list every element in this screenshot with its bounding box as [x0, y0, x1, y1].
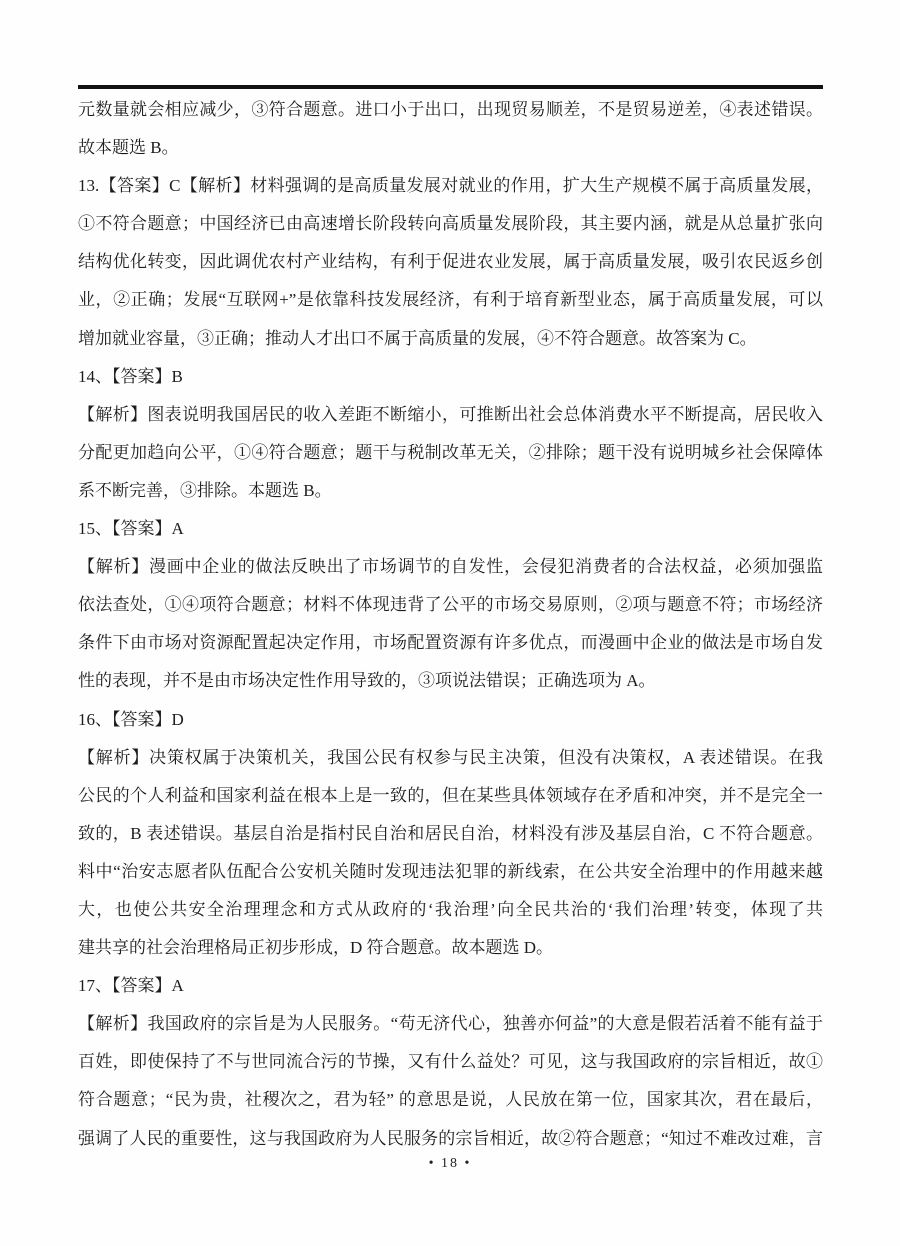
text-line: 依法查处，①④项符合题意；材料不体现违背了公平的市场交易原则，②项与题意不符；市…: [78, 586, 823, 624]
text-line: 17、【答案】A: [78, 967, 823, 1005]
text-line: 分配更加趋向公平，①④符合题意；题干与税制改革无关，②排除；题干没有说明城乡社会…: [78, 434, 823, 472]
document-page: 元数量就会相应减少，③符合题意。进口小于出口，出现贸易顺差，不是贸易逆差，④表述…: [0, 0, 900, 1246]
text-line: 故本题选 B。: [78, 129, 823, 167]
text-line: 料中“治安志愿者队伍配合公安机关随时发现违法犯罪的新线索，在公共安全治理中的作用…: [78, 853, 823, 891]
text-line: 【解析】我国政府的宗旨是为人民服务。“苟无济代心，独善亦何益”的大意是假若活着不…: [78, 1005, 823, 1043]
text-line: 增加就业容量，③正确；推动人才出口不属于高质量的发展，④不符合题意。故答案为 C…: [78, 320, 823, 358]
header-rule: [78, 85, 823, 89]
text-line: 大，也使公共安全治理理念和方式从政府的‘我治理’向全民共治的‘我们治理’转变，体…: [78, 891, 823, 929]
answer-key-text: 元数量就会相应减少，③符合题意。进口小于出口，出现贸易顺差，不是贸易逆差，④表述…: [78, 91, 823, 1158]
text-line: ①不符合题意；中国经济已由高速增长阶段转向高质量发展阶段，其主要内涵，就是从总量…: [78, 205, 823, 243]
text-line: 14、【答案】B: [78, 358, 823, 396]
text-line: 性的表现，并不是由市场决定性作用导致的，③项说法错误；正确选项为 A。: [78, 662, 823, 700]
text-line: 强调了人民的重要性，这与我国政府为人民服务的宗旨相近，故②符合题意；“知过不难改…: [78, 1120, 823, 1158]
page-number: • 18 •: [0, 1156, 900, 1172]
text-line: 【解析】决策权属于决策机关，我国公民有权参与民主决策，但没有决策权，A 表述错误…: [78, 739, 823, 777]
text-line: 【解析】图表说明我国居民的收入差距不断缩小，可推断出社会总体消费水平不断提高，居…: [78, 396, 823, 434]
text-line: 建共享的社会治理格局正初步形成，D 符合题意。故本题选 D。: [78, 929, 823, 967]
text-line: 符合题意；“民为贵，社稷次之，君为轻” 的意思是说，人民放在第一位，国家其次，君…: [78, 1081, 823, 1119]
text-line: 15、【答案】A: [78, 510, 823, 548]
text-line: 16、【答案】D: [78, 701, 823, 739]
text-line: 条件下由市场对资源配置起决定作用，市场配置资源有许多优点，而漫画中企业的做法是市…: [78, 624, 823, 662]
text-line: 【解析】漫画中企业的做法反映出了市场调节的自发性，会侵犯消费者的合法权益，必须加…: [78, 548, 823, 586]
text-line: 系不断完善，③排除。本题选 B。: [78, 472, 823, 510]
text-line: 业，②正确；发展“互联网+”是依靠科技发展经济，有利于培育新型业态，属于高质量发…: [78, 281, 823, 319]
text-line: 13.【答案】C【解析】材料强调的是高质量发展对就业的作用，扩大生产规模不属于高…: [78, 167, 823, 205]
text-line: 结构优化转变，因此调优农村产业结构，有利于促进农业发展，属于高质量发展，吸引农民…: [78, 243, 823, 281]
text-line: 公民的个人利益和国家利益在根本上是一致的，但在某些具体领域存在矛盾和冲突，并不是…: [78, 777, 823, 815]
text-line: 元数量就会相应减少，③符合题意。进口小于出口，出现贸易顺差，不是贸易逆差，④表述…: [78, 91, 823, 129]
text-line: 致的，B 表述错误。基层自治是指村民自治和居民自治，材料没有涉及基层自治，C 不…: [78, 815, 823, 853]
text-line: 百姓，即使保持了不与世同流合污的节操，又有什么益处？可见，这与我国政府的宗旨相近…: [78, 1043, 823, 1081]
